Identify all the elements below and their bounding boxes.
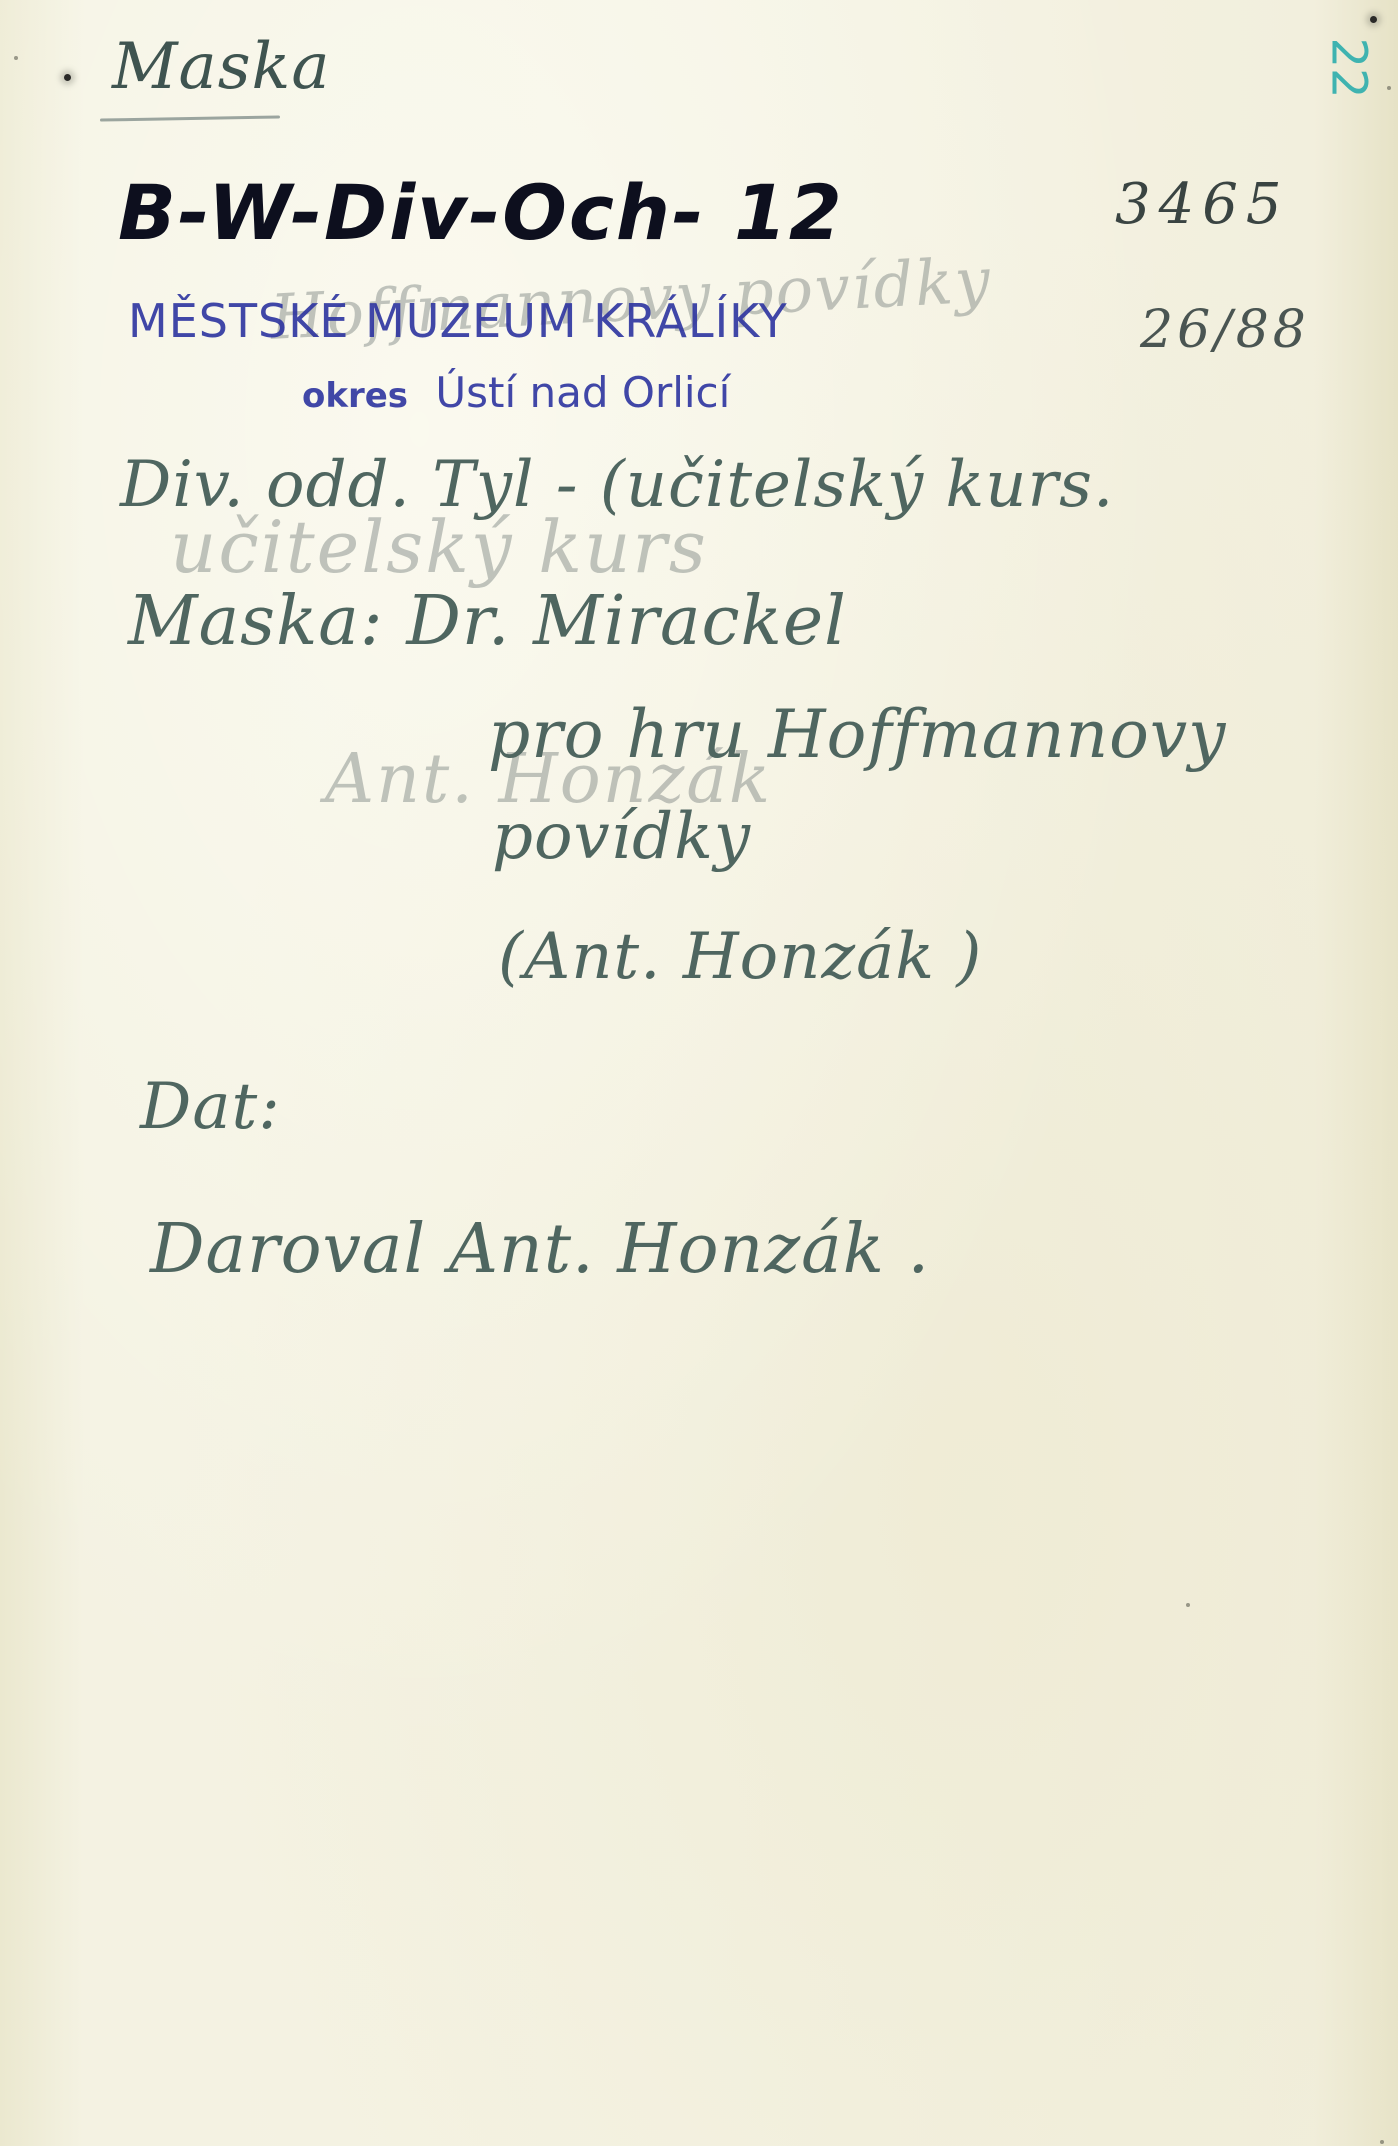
- pin-hole-top-left: [64, 74, 71, 81]
- date-label: Dat:: [140, 1070, 281, 1144]
- stamp-okres-label: okres: [302, 376, 408, 416]
- speck: [1186, 1603, 1190, 1607]
- inscription-line-3: pro hru Hoffmannovy: [488, 696, 1226, 773]
- inscription-line-5: (Ant. Honzák ): [498, 920, 982, 994]
- inscription-line-4: povídky: [492, 800, 751, 874]
- inscription-line-1: Div. odd. Tyl - (učitelský kurs.: [120, 448, 1114, 522]
- donor-line: Daroval Ant. Honzák .: [150, 1210, 930, 1289]
- corner-number: 22: [1321, 37, 1377, 98]
- inventory-number: 3465: [1115, 172, 1290, 237]
- speck: [1380, 2140, 1384, 2144]
- stamp-district: Ústí nad Orlicí: [435, 368, 730, 417]
- pin-hole-top-right: [1370, 16, 1377, 23]
- heading-maska: Maska: [112, 30, 330, 104]
- photo-card-reverse: Hoffmannovy povídky učitelský kurs Ant. …: [0, 0, 1398, 2146]
- speck: [14, 56, 18, 60]
- catalog-number: B-W-Div-Och- 12: [118, 168, 844, 257]
- inscription-line-2: Maska: Dr. Mirackel: [128, 582, 847, 661]
- museum-stamp-line-2: okres Ústí nad Orlicí: [302, 368, 730, 417]
- speck: [1387, 86, 1391, 90]
- museum-stamp-line-1: MĚSTSKÉ MUZEUM KRÁLÍKY: [128, 294, 788, 348]
- sub-number: 26/88: [1140, 300, 1310, 360]
- heading-underline: [100, 115, 280, 121]
